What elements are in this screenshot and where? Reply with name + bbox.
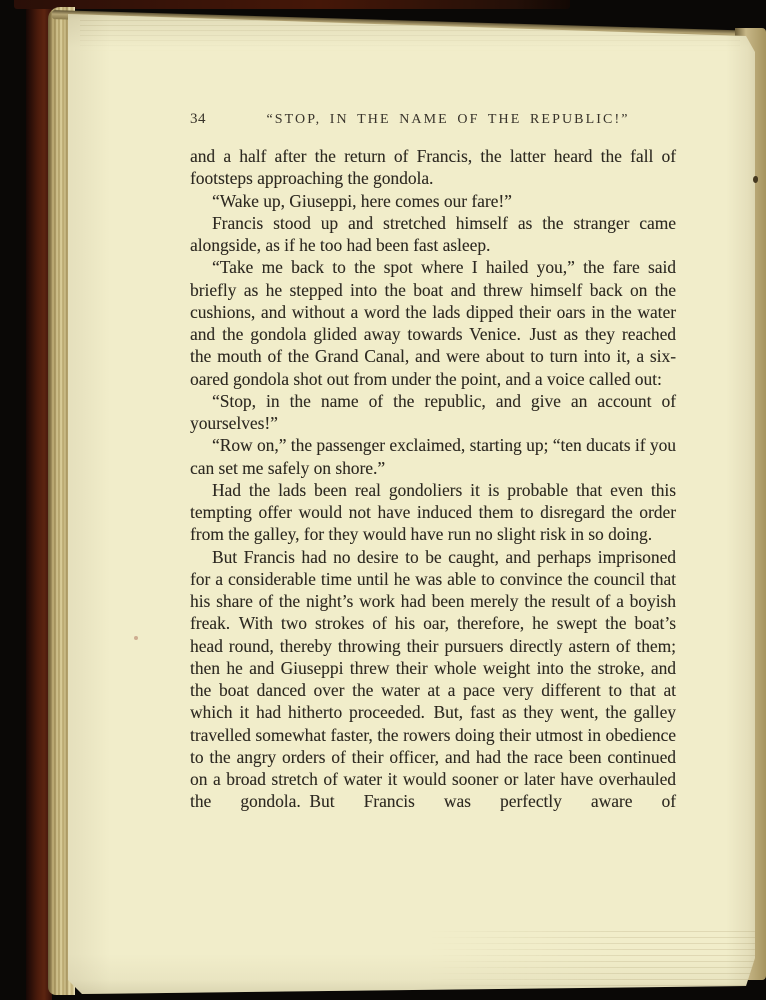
- paragraph: “Take me back to the spot where I hailed…: [190, 256, 676, 390]
- paper-texture-bottom: [430, 926, 755, 986]
- paragraph: “Stop, in the name of the republic, and …: [190, 390, 676, 435]
- book-page: 34 “STOP, IN THE NAME OF THE REPUBLIC!” …: [0, 0, 766, 1000]
- paragraph: “Row on,” the passenger exclaimed, start…: [190, 434, 676, 479]
- paragraph: Had the lads been real gondoliers it is …: [190, 479, 676, 546]
- book-scan: 34 “STOP, IN THE NAME OF THE REPUBLIC!” …: [0, 0, 766, 1000]
- paragraph: and a half after the return of Francis, …: [190, 145, 676, 190]
- body-text-block: and a half after the return of Francis, …: [190, 145, 676, 813]
- paper-speck: [134, 636, 138, 640]
- paragraph: But Francis had no desire to be caught, …: [190, 546, 676, 813]
- page-number: 34: [190, 111, 206, 128]
- paragraph: “Wake up, Giuseppi, here comes our fare!…: [190, 190, 676, 212]
- paragraph: Francis stood up and stretched himself a…: [190, 212, 676, 257]
- paper-speck: [753, 176, 758, 183]
- book-cover-top-edge: [14, 0, 570, 9]
- chapter-running-title: “STOP, IN THE NAME OF THE REPUBLIC!”: [220, 112, 676, 128]
- running-header: 34 “STOP, IN THE NAME OF THE REPUBLIC!”: [190, 110, 676, 132]
